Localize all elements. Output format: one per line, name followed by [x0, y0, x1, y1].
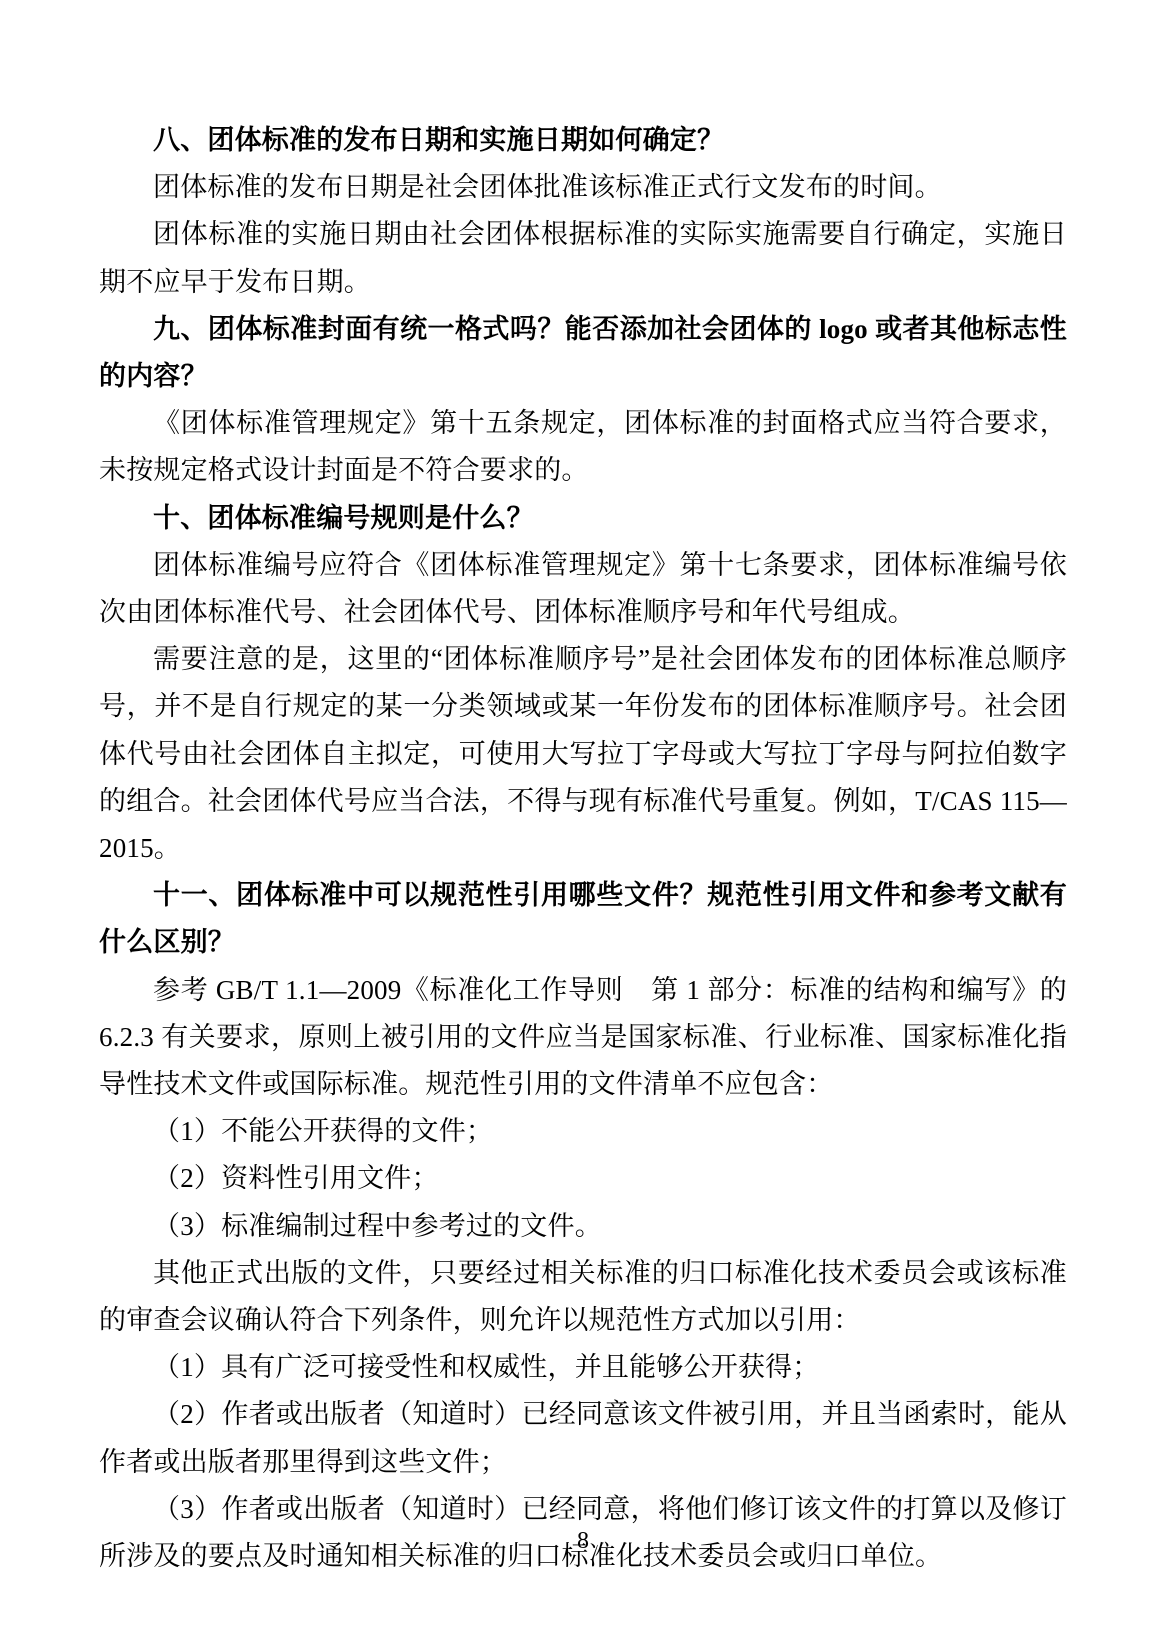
answer-paragraph: 团体标准编号应符合《团体标准管理规定》第十七条要求，团体标准编号依次由团体标准代…: [99, 542, 1067, 636]
question-heading-8: 八、团体标准的发布日期和实施日期如何确定？: [99, 117, 1067, 164]
answer-paragraph: 团体标准的发布日期是社会团体批准该标准正式行文发布的时间。: [99, 164, 1067, 211]
page-footer: 8: [99, 1526, 1067, 1556]
condition-item-2: （2）作者或出版者（知道时）已经同意该文件被引用，并且当函索时，能从作者或出版者…: [99, 1391, 1067, 1485]
answer-paragraph: 参考 GB/T 1.1—2009《标准化工作导则 第 1 部分：标准的结构和编写…: [99, 967, 1067, 1109]
list-item-1: （1）不能公开获得的文件；: [99, 1108, 1067, 1155]
condition-item-1: （1）具有广泛可接受性和权威性，并且能够公开获得；: [99, 1344, 1067, 1391]
page-number: 8: [577, 1528, 589, 1554]
document-body: 八、团体标准的发布日期和实施日期如何确定？ 团体标准的发布日期是社会团体批准该标…: [99, 117, 1067, 1580]
list-item-3: （3）标准编制过程中参考过的文件。: [99, 1203, 1067, 1250]
answer-paragraph: 其他正式出版的文件，只要经过相关标准的归口标准化技术委员会或该标准的审查会议确认…: [99, 1250, 1067, 1344]
document-page: 八、团体标准的发布日期和实施日期如何确定？ 团体标准的发布日期是社会团体批准该标…: [0, 0, 1161, 1642]
question-heading-10: 十、团体标准编号规则是什么？: [99, 495, 1067, 542]
answer-paragraph: 需要注意的是，这里的“团体标准顺序号”是社会团体发布的团体标准总顺序号，并不是自…: [99, 636, 1067, 872]
question-heading-11: 十一、团体标准中可以规范性引用哪些文件？规范性引用文件和参考文献有什么区别？: [99, 872, 1067, 966]
question-heading-9: 九、团体标准封面有统一格式吗？能否添加社会团体的 logo 或者其他标志性的内容…: [99, 306, 1067, 400]
list-item-2: （2）资料性引用文件；: [99, 1155, 1067, 1202]
answer-paragraph: 《团体标准管理规定》第十五条规定，团体标准的封面格式应当符合要求，未按规定格式设…: [99, 400, 1067, 494]
answer-paragraph: 团体标准的实施日期由社会团体根据标准的实际实施需要自行确定，实施日期不应早于发布…: [99, 211, 1067, 305]
